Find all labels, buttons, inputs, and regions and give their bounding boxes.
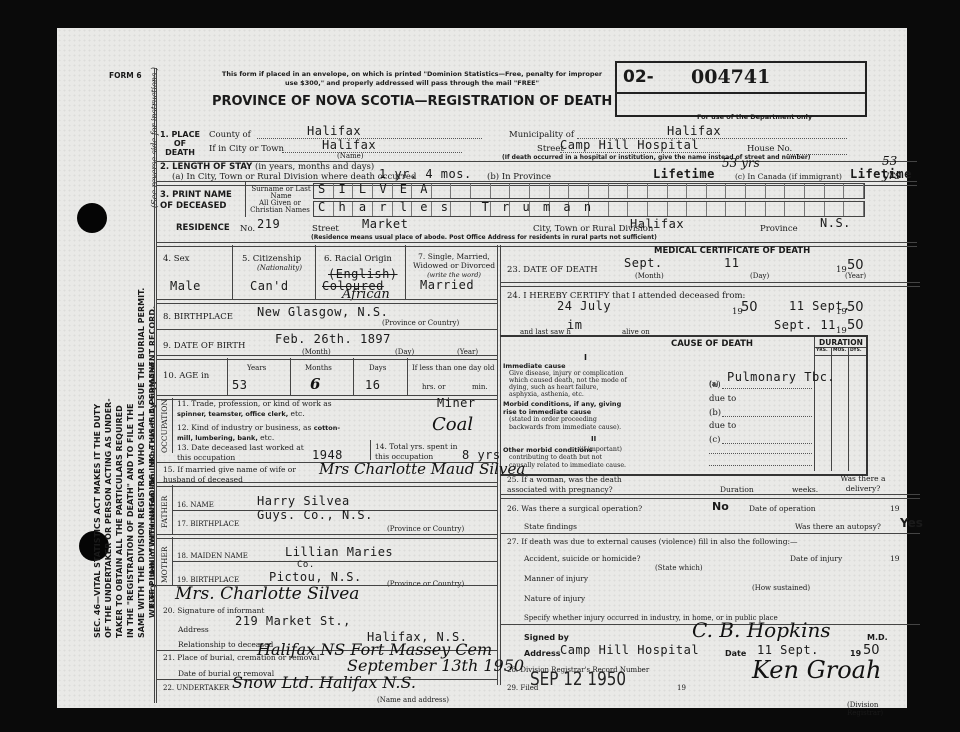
signature-date: 11 Sept. xyxy=(757,643,819,657)
medical-certificate-title: MEDICAL CERTIFICATE OF DEATH xyxy=(654,246,810,256)
accident-label: Accident, suicide or homicide? xyxy=(524,554,641,563)
form-title: PROVINCE OF NOVA SCOTIA—REGISTRATION OF … xyxy=(212,94,612,109)
residence-province-label: Province xyxy=(760,224,798,234)
informant-address-label: Address xyxy=(178,625,209,634)
industry-value: Coal xyxy=(432,414,473,435)
mail-notice-line-2: use $300," and properly addressed will p… xyxy=(212,79,612,88)
external-causes-label: 27. If death was due to external causes … xyxy=(507,537,798,546)
alive-on-value: Sept. 11 xyxy=(774,318,836,332)
father-name-value: Harry Silvea xyxy=(257,494,350,508)
citizenship-value: Can'd xyxy=(250,279,289,293)
residence-province: N.S. xyxy=(820,216,851,230)
age-label: 10. AGE in xyxy=(163,371,209,381)
birthplace-label: 8. BIRTHPLACE xyxy=(163,312,233,322)
morbid-conditions-desc: (stated in order proceeding backwards fr… xyxy=(509,416,629,432)
birthplace-value: New Glasgow, N.S. xyxy=(257,305,388,319)
racial-origin-label: 6. Racial Origin xyxy=(324,254,392,264)
undertaker-note: (Name and address) xyxy=(377,696,449,704)
city-label: If in City or Town xyxy=(209,144,284,154)
father-birthplace-value: Guys. Co., N.S. xyxy=(257,508,373,522)
side-notice-line: TAKER TO OBTAIN ALL THE PARTICULARS REQU… xyxy=(114,158,125,638)
cause-section-2: II xyxy=(591,435,596,443)
registrar-label: (Division Registrar) xyxy=(847,701,907,717)
death-day-note: (Day) xyxy=(750,272,769,280)
left-margin-rule xyxy=(154,68,157,703)
trade-value: Miner xyxy=(437,396,476,410)
length-of-stay-note: (in years, months and days) xyxy=(255,162,374,172)
spouse-value: Mrs Charlotte Maud Silvea xyxy=(319,460,525,478)
mother-maiden-value: Lillian Maries xyxy=(285,545,393,559)
surgical-operation-value: No xyxy=(712,500,729,513)
residence-note: (Residence means usual place of abode. P… xyxy=(311,234,657,241)
death-day-value: 11 xyxy=(724,256,739,270)
registration-number: 004741 xyxy=(691,66,770,88)
residence-label: RESIDENCE xyxy=(176,223,230,233)
citizenship-label: 5. Citizenship xyxy=(242,254,301,264)
dob-label: 9. DATE OF BIRTH xyxy=(163,341,245,351)
industry-label: 12. Kind of industry or business, as cot… xyxy=(177,423,347,443)
informant-address: 219 Market St., xyxy=(235,614,351,628)
autopsy-value: Yes xyxy=(900,516,923,530)
undertaker-label: 22. UNDERTAKER xyxy=(163,684,229,692)
operation-date-label: Date of operation xyxy=(749,504,816,513)
stay-province-annotation: 53 yrs xyxy=(722,156,760,170)
death-month-value: Sept. xyxy=(624,256,663,270)
filed-stamp: SEP 12 1950 xyxy=(530,668,626,690)
side-notice-line: IN THE "REGISTRATION OF DEATH" AND TO FI… xyxy=(125,158,136,638)
mail-notice: This form if placed in an envelope, on w… xyxy=(212,70,612,88)
mother-birthplace-value: Pictou, N.S. xyxy=(269,570,362,584)
filed-year-prefix: 19 xyxy=(677,684,686,692)
injury-date-label: Date of injury xyxy=(790,554,842,563)
manner-label: Manner of injury xyxy=(524,574,588,583)
cause-b-label: (b) xyxy=(709,408,721,418)
house-no-label: House No. xyxy=(747,144,792,154)
pregnancy-question: 25. If a woman, was the death associated… xyxy=(507,475,627,495)
occupation-side-label: OCCUPATION xyxy=(160,399,169,453)
county-label: County of xyxy=(209,130,251,140)
duration-mos: MOS. xyxy=(833,348,846,353)
residence-street: Market xyxy=(362,217,408,231)
attended-to-year-prefix: 19 xyxy=(836,307,847,317)
registration-number-box: 02- 004741 xyxy=(615,61,867,117)
signer-address: Camp Hill Hospital xyxy=(560,643,699,657)
age-years-value: 53 xyxy=(232,378,247,392)
total-years-label: 14. Total yrs. spent in this occupation xyxy=(375,442,460,462)
age-min-label: min. xyxy=(472,383,488,391)
mother-birthplace-label: 19. BIRTHPLACE xyxy=(177,576,239,584)
attended-to-year: 50 xyxy=(847,300,864,315)
age-days-value: 16 xyxy=(365,378,380,392)
stay-canada-annotation: 53 yrs xyxy=(882,154,907,182)
cause-section-1: I xyxy=(584,353,587,362)
operation-year-prefix: 19 xyxy=(890,504,900,513)
findings-label: State findings xyxy=(524,522,577,531)
deceased-name-label: 3. PRINT NAME OF DECEASED xyxy=(160,190,245,212)
marital-label-text: 7. Single, Married, Widowed or Divorced xyxy=(413,252,495,270)
hospital-note: (If death occurred in a hospital or inst… xyxy=(502,154,811,161)
city-value: Halifax xyxy=(282,138,462,153)
alive-on-year: 50 xyxy=(847,318,864,333)
delivery-question: Was there a delivery? xyxy=(833,474,893,494)
surname-label: Surname or Last Name xyxy=(251,186,311,200)
mother-maiden-label: 18. MAIDEN NAME xyxy=(177,552,248,560)
residence-no-label: No. xyxy=(240,224,255,234)
stay-city-value: 1 yr. 4 mos. xyxy=(379,167,472,181)
last-saw-value: im xyxy=(567,318,582,332)
due-to-label-2: due to xyxy=(709,421,736,431)
marital-value: Married xyxy=(420,278,474,292)
other-conditions-line-1 xyxy=(709,453,812,454)
death-registration-form: SEC. 46—VITAL STATISTICS ACT MAKES IT TH… xyxy=(57,28,907,708)
morbid-conditions-label: Morbid conditions, if any, giving rise t… xyxy=(503,400,629,416)
other-conditions-desc: (if important) contributing to death but… xyxy=(509,446,629,470)
cause-b-value xyxy=(722,416,812,417)
cause-of-death-title: CAUSE OF DEATH xyxy=(671,339,753,349)
autopsy-question: Was there an autopsy? xyxy=(795,522,881,531)
md-label: M.D. xyxy=(867,633,888,642)
duration-label: DURATION xyxy=(819,338,863,347)
how-sustained-note: (How sustained) xyxy=(752,584,810,592)
age-days-label: Days xyxy=(369,364,386,372)
duration-yrs: YRS. xyxy=(816,348,828,353)
sex-label: 4. Sex xyxy=(163,254,189,264)
place-of-death-label: 1. PLACEOFDEATH xyxy=(160,130,200,157)
county-value: Halifax xyxy=(257,124,482,139)
undertaker-value: Snow Ltd. Halifax N.S. xyxy=(232,673,416,692)
state-which-note: (State which) xyxy=(655,564,703,572)
age-years-label: Years xyxy=(247,364,266,372)
stay-canada-label: (c) In Canada (if immigrant) xyxy=(735,172,842,181)
age-less-label: If less than one day old xyxy=(412,364,494,372)
city-name-note: (Name) xyxy=(337,152,364,160)
due-to-label-1: due to xyxy=(709,394,736,404)
father-side-label: FATHER xyxy=(160,496,169,528)
registrar-signature: Ken Groah xyxy=(752,656,881,684)
father-name-label: 16. NAME xyxy=(177,501,214,509)
cause-c-value xyxy=(722,443,812,444)
attended-from-value: 24 July xyxy=(557,299,611,313)
form-number: FORM 6 xyxy=(109,71,142,80)
pregnancy-duration-label: Duration xyxy=(720,485,754,494)
nature-label: Nature of injury xyxy=(524,594,585,603)
cause-c-label: (c) xyxy=(709,435,720,445)
surname-value: S I L V E A xyxy=(318,182,430,196)
father-birthplace-note: (Province or Country) xyxy=(387,525,464,533)
given-names-label: All Given or Christian Names xyxy=(249,200,311,214)
duration-dys: DYS. xyxy=(850,348,862,353)
signer-address-label: Address xyxy=(524,649,561,658)
other-conditions-line-2 xyxy=(709,465,812,466)
cause-a-label-text: (a) xyxy=(709,380,721,390)
age-months-value: 6 xyxy=(310,375,320,393)
residence-street-label: Street xyxy=(312,224,339,234)
length-of-stay-title: 2. LENGTH OF STAY xyxy=(160,162,252,172)
side-notice-line: SAME WITH THE DIVISION REGISTRAR WHO SHA… xyxy=(136,158,147,638)
injury-year-prefix: 19 xyxy=(890,554,900,563)
citizenship-note: (Nationality) xyxy=(257,264,302,272)
side-notice-line: OF THE UNDERTAKER OR PERSON ACTING AS UN… xyxy=(103,158,114,638)
signature-date-label: Date xyxy=(725,649,746,658)
side-notice-line: SEC. 46—VITAL STATISTICS ACT MAKES IT TH… xyxy=(92,158,103,638)
signed-by-label: Signed by xyxy=(524,633,569,642)
death-year-value: 50 xyxy=(847,258,864,273)
stay-province-value: Lifetime xyxy=(653,167,715,181)
mother-birthplace-note: (Province or Country) xyxy=(387,580,464,588)
registration-prefix: 02- xyxy=(623,67,654,87)
mother-side-label: MOTHER xyxy=(160,547,169,584)
mother-birthplace-insert: Co. xyxy=(297,560,315,570)
trade-label: 11. Trade, profession, or kind of work a… xyxy=(177,399,342,419)
mail-notice-line-1: This form if placed in an envelope, on w… xyxy=(212,70,612,79)
immediate-cause-desc: Give disease, injury or complication whi… xyxy=(509,370,627,398)
dob-value: Feb. 26th. 1897 xyxy=(275,332,391,346)
immediate-cause-label: Immediate cause xyxy=(503,362,566,370)
death-month-note: (Month) xyxy=(635,272,664,280)
sex-value: Male xyxy=(170,279,201,293)
municipality-value: Halifax xyxy=(577,124,847,139)
department-note: For use of the Department only xyxy=(697,113,812,121)
residence-city: Halifax xyxy=(630,217,684,231)
date-of-death-label: 23. DATE OF DEATH xyxy=(507,265,598,275)
given-names-value: C h a r l e s T r u m a n xyxy=(318,200,594,214)
length-of-stay-label: 2. LENGTH OF STAY (in years, months and … xyxy=(160,162,374,172)
birthplace-note: (Province or Country) xyxy=(382,319,459,327)
age-months-label: Months xyxy=(305,364,332,372)
pregnancy-weeks-label: weeks. xyxy=(792,485,818,494)
residence-number: 219 xyxy=(257,217,280,231)
surgical-operation-question: 26. Was there a surgical operation? xyxy=(507,504,642,513)
marital-label: 7. Single, Married, Widowed or Divorced(… xyxy=(411,252,497,280)
father-birthplace-label: 17. BIRTHPLACE xyxy=(177,520,239,528)
informant-signature: Mrs. Charlotte Silvea xyxy=(175,584,359,604)
street-value: Camp Hill Hospital xyxy=(560,138,720,153)
last-worked-label: 13. Date deceased last worked at this oc… xyxy=(177,443,307,463)
certify-label: 24. I HEREBY CERTIFY that I attended dec… xyxy=(507,291,745,301)
age-hrs-label: hrs. or xyxy=(422,383,445,391)
signed-by-signature: C. B. Hopkins xyxy=(692,618,831,642)
cause-a-value: Pulmonary Tbc. xyxy=(727,370,835,384)
death-year-note: (Year) xyxy=(845,272,866,280)
attended-from-year: 50 xyxy=(741,300,758,315)
